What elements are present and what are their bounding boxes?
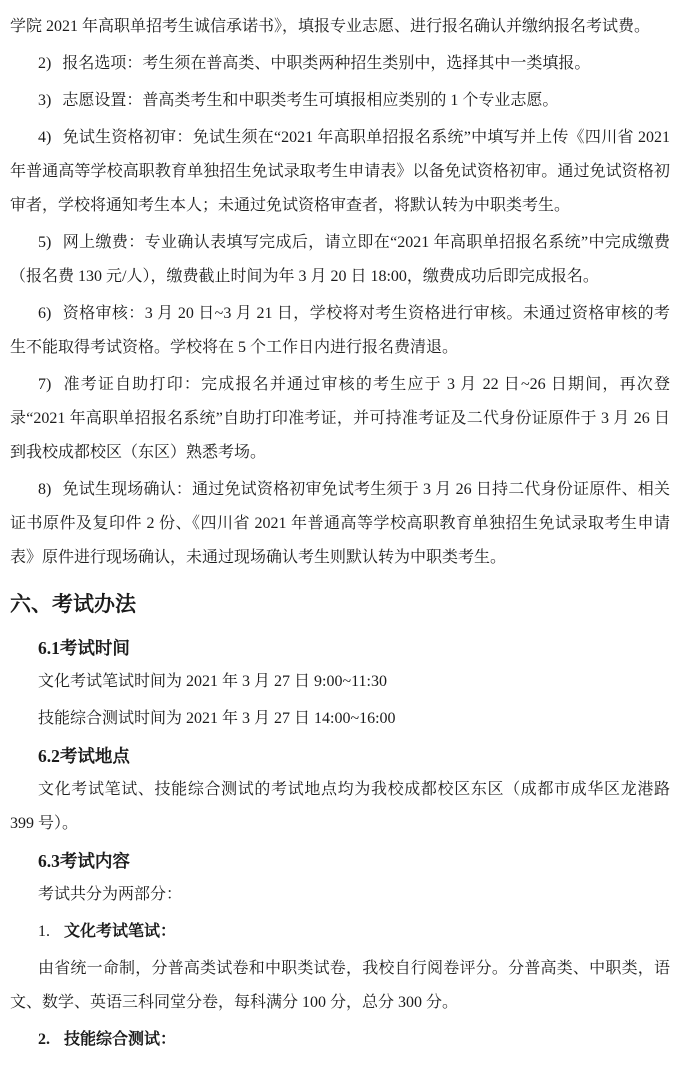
item-number: 8) [38,481,62,498]
paragraph-continuation: 学院 2021 年高职单招考生诚信承诺书》，填报专业志愿、进行报名确认并缴纳报名… [10,10,670,44]
item-number: 5) [38,234,62,251]
item-number: 3) [38,92,62,109]
procedure-item-4: 4)免试生资格初审：免试生须在“2021 年高职单招报名系统”中填写并上传《四川… [10,121,670,223]
exam-part-2-heading: 2.技能综合测试： [10,1023,670,1057]
item-number: 1. [38,923,64,940]
section-6-2-heading: 6.2考试地点 [10,739,670,773]
item-text: 免试生资格初审：免试生须在“2021 年高职单招报名系统”中填写并上传《四川省 … [10,129,670,214]
procedure-item-6: 6)资格审核：3 月 20 日~3 月 21 日，学校将对考生资格进行审核。未通… [10,297,670,365]
procedure-item-2: 2)报名选项：考生须在普高类、中职类两种招生类别中，选择其中一类填报。 [10,47,670,81]
procedure-item-7: 7)准考证自助打印：完成报名并通过审核的考生应于 3 月 22 日~26 日期间… [10,368,670,470]
exam-part-1-heading: 1.文化考试笔试： [10,915,670,949]
exam-content-intro: 考试共分为两部分： [10,878,670,912]
exam-time-skill: 技能综合测试时间为 2021 年 3 月 27 日 14:00~16:00 [10,702,670,736]
item-label: 文化考试笔试： [64,923,176,940]
document-page: 学院 2021 年高职单招考生诚信承诺书》，填报专业志愿、进行报名确认并缴纳报名… [0,0,680,1057]
item-text: 志愿设置：普高类考生和中职类考生可填报相应类别的 1 个专业志愿。 [62,92,558,109]
exam-part-1-description: 由省统一命制，分普高类试卷和中职类试卷，我校自行阅卷评分。分普高类、中职类，语文… [10,952,670,1020]
item-label: 技能综合测试： [64,1031,176,1048]
exam-location-text: 文化考试笔试、技能综合测试的考试地点均为我校成都校区东区（成都市成华区龙港路 3… [10,773,670,841]
item-text: 资格审核：3 月 20 日~3 月 21 日，学校将对考生资格进行审核。未通过资… [10,305,670,356]
item-text: 报名选项：考生须在普高类、中职类两种招生类别中，选择其中一类填报。 [62,55,590,72]
section-6-heading: 六、考试办法 [10,589,670,619]
procedure-item-8: 8)免试生现场确认：通过免试资格初审免试考生须于 3 月 26 日持二代身份证原… [10,473,670,575]
item-number: 7) [38,376,62,393]
exam-time-written: 文化考试笔试时间为 2021 年 3 月 27 日 9:00~11:30 [10,665,670,699]
item-number: 6) [38,305,62,322]
procedure-item-3: 3)志愿设置：普高类考生和中职类考生可填报相应类别的 1 个专业志愿。 [10,84,670,118]
item-text: 网上缴费：专业确认表填写完成后，请立即在“2021 年高职单招报名系统”中完成缴… [10,234,670,285]
section-6-3-heading: 6.3考试内容 [10,844,670,878]
item-text: 准考证自助打印：完成报名并通过审核的考生应于 3 月 22 日~26 日期间，再… [10,376,670,461]
item-number: 2) [38,55,62,72]
item-text: 免试生现场确认：通过免试资格初审免试考生须于 3 月 26 日持二代身份证原件、… [10,481,670,566]
procedure-item-5: 5)网上缴费：专业确认表填写完成后，请立即在“2021 年高职单招报名系统”中完… [10,226,670,294]
item-number: 4) [38,129,62,146]
item-number: 2. [38,1031,64,1048]
section-6-1-heading: 6.1考试时间 [10,631,670,665]
